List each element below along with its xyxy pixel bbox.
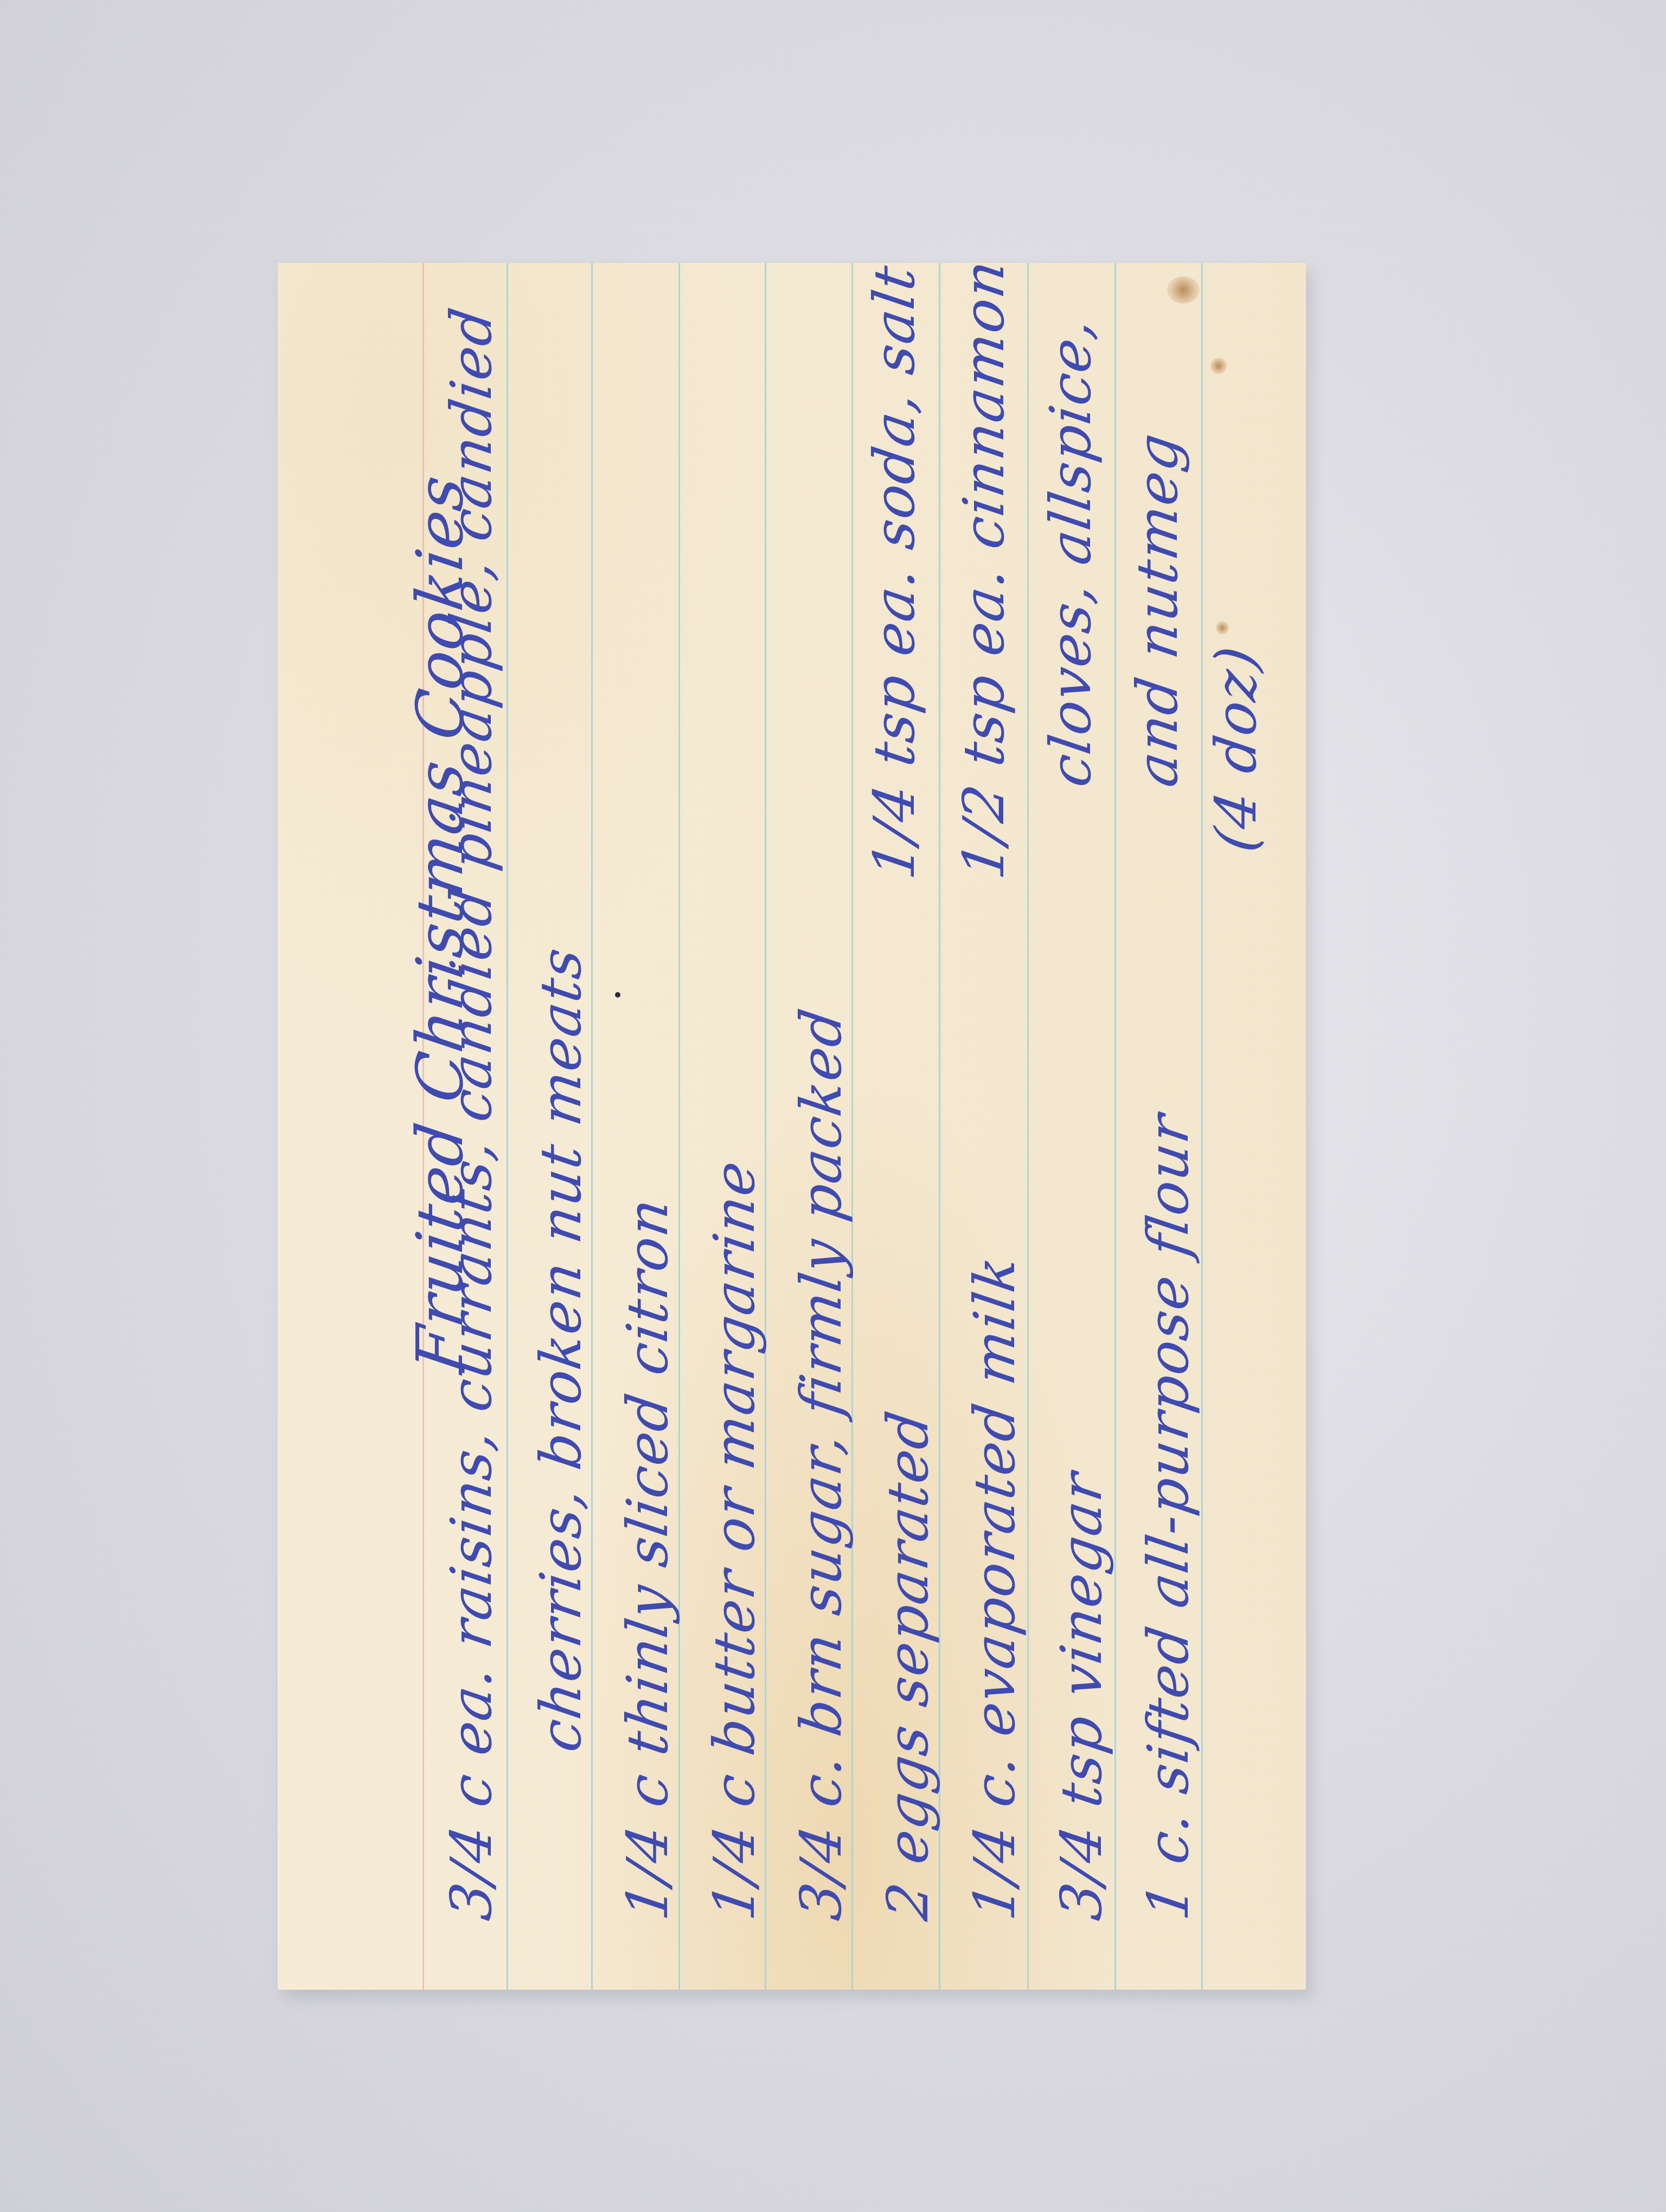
ruled-line	[1114, 263, 1116, 1990]
ingredient-line: 1/4 c thinly sliced citron	[619, 1194, 676, 1923]
ingredient-line: cherries, broken nut meats	[533, 944, 589, 1756]
ingredient-line: 3/4 c. brn sugar, firmly packed	[793, 1005, 849, 1923]
spice-line: 1/4 tsp ea. soda, salt	[866, 263, 922, 882]
ink-speck	[615, 992, 620, 998]
spice-line: and nutmeg	[1129, 429, 1186, 790]
ingredient-line: 1/4 c. evaporated milk	[966, 1252, 1023, 1924]
ruled-line	[1201, 263, 1203, 1990]
ingredient-line: 1 c. sifted all-purpose flour	[1140, 1110, 1196, 1923]
stain	[1167, 276, 1200, 304]
stain	[1216, 621, 1229, 634]
spice-line: cloves, allspice,	[1042, 314, 1099, 790]
ruled-line	[507, 263, 508, 1990]
ingredient-line: 3/4 c ea. raisins, currants, candied pin…	[443, 304, 499, 1923]
recipe-card-frame: Fruited Christmas Cookies 3/4 c ea. rais…	[278, 263, 1306, 1990]
ingredient-line: 2 eggs separated	[880, 1407, 936, 1923]
ingredient-line: 1/4 c butter or margarine	[706, 1157, 762, 1924]
spice-line: 1/2 tsp ea. cinnamon,	[956, 263, 1012, 882]
yield-note: (4 doz)	[1208, 642, 1264, 855]
ingredient-line: 3/4 tsp vinegar	[1053, 1469, 1110, 1924]
recipe-card: Fruited Christmas Cookies 3/4 c ea. rais…	[278, 263, 1306, 1990]
stain	[1210, 358, 1227, 374]
